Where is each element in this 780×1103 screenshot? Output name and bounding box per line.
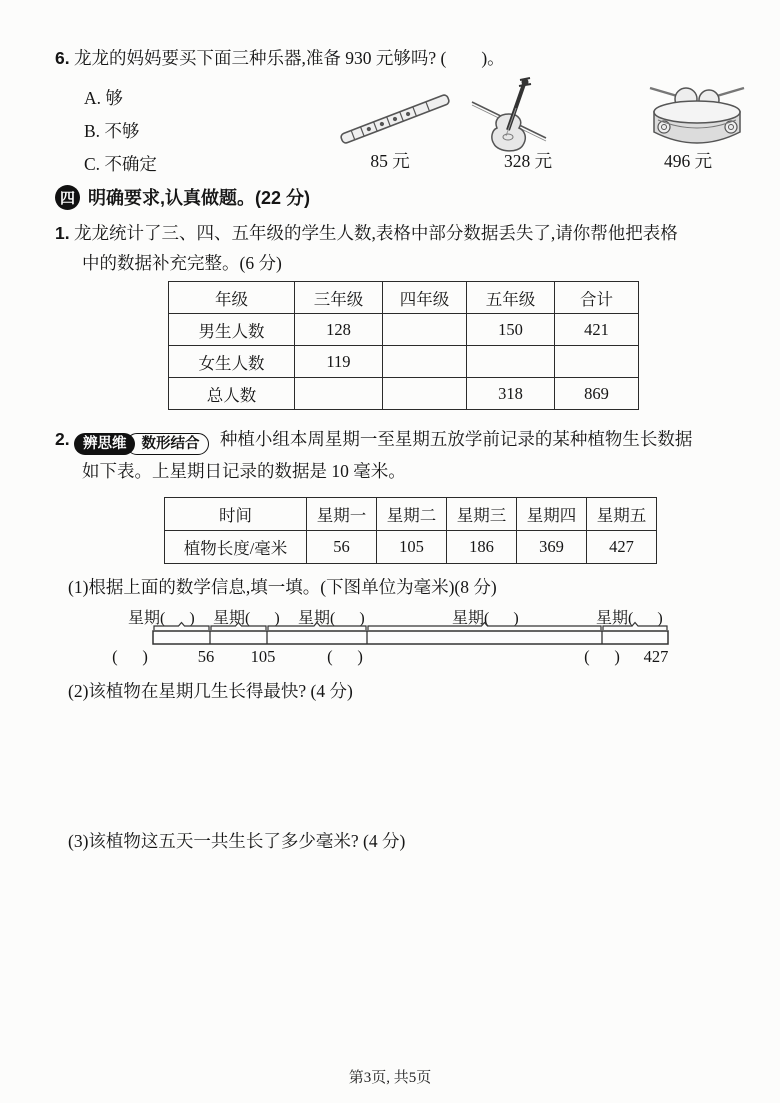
row-label: 女生人数 (169, 346, 295, 378)
header-cell: 星期一 (307, 498, 377, 531)
question-6-text: 龙龙的妈妈要买下面三种乐器,准备 930 元够吗? ( )。 (74, 48, 505, 68)
data-cell-blank (383, 378, 467, 410)
data-cell-blank (383, 346, 467, 378)
item-1-line1: 1. 龙龙统计了三、四、五年级的学生人数,表格中部分数据丢失了,请你帮他把表格 (55, 223, 678, 245)
item-2-text1: 种植小组本周星期一至星期五放学前记录的某种植物生长数据 (220, 429, 693, 449)
value-label-mon: 56 (198, 647, 215, 667)
data-cell-blank (383, 314, 467, 346)
header-cell: 星期三 (447, 498, 517, 531)
row-label: 总人数 (169, 378, 295, 410)
data-cell: 150 (467, 314, 555, 346)
data-cell: 119 (295, 346, 383, 378)
item-2-number: 2. (55, 429, 70, 449)
option-c: C. 不确定 (84, 154, 157, 176)
item-1-number: 1. (55, 223, 70, 243)
worksheet-page: 6. 龙龙的妈妈要买下面三种乐器,准备 930 元够吗? ( )。 A. 够 B… (0, 0, 780, 1103)
header-cell: 三年级 (295, 282, 383, 314)
item-2-line1: 2. 辨思维 数形结合 种植小组本周星期一至星期五放学前记录的某种植物生长数据 (55, 429, 692, 455)
option-a: A. 够 (84, 88, 123, 110)
section-title: 明确要求,认真做题。(22 分) (88, 184, 310, 210)
option-c-text: 不确定 (104, 154, 157, 174)
data-cell-blank (467, 346, 555, 378)
header-cell: 星期五 (587, 498, 657, 531)
option-a-text: 够 (105, 88, 123, 108)
data-cell: 186 (447, 531, 517, 564)
header-cell: 四年级 (383, 282, 467, 314)
option-a-label: A. (84, 88, 101, 108)
header-cell: 星期四 (517, 498, 587, 531)
data-cell: 369 (517, 531, 587, 564)
page-number-footer: 第3页, 共5页 (0, 1066, 780, 1087)
sub-question-2: (2)该植物在星期几生长得最快? (4 分) (68, 681, 353, 703)
row-label: 植物长度/毫米 (165, 531, 307, 564)
option-b-label: B. (84, 121, 100, 141)
question-6-number: 6. (55, 48, 70, 68)
option-b-text: 不够 (104, 121, 139, 141)
option-b: B. 不够 (84, 121, 139, 143)
flute-image (330, 88, 460, 150)
value-label-tue: 105 (251, 647, 276, 667)
growth-bar-diagram: 星期( ) 星期( ) 星期( ) 星期( ) 星期( ) ( ) 56 105… (0, 603, 780, 675)
option-c-label: C. (84, 154, 100, 174)
data-cell: 427 (587, 531, 657, 564)
value-label-start: ( ) (112, 647, 148, 667)
price-violin: 328 元 (483, 151, 573, 173)
sub-question-1: (1)根据上面的数学信息,填一填。(下图单位为毫米)(8 分) (68, 577, 497, 599)
item-2-line2: 如下表。上星期日记录的数据是 10 毫米。 (82, 461, 406, 483)
item-1-line2: 中的数据补充完整。(6 分) (82, 253, 282, 275)
data-cell: 318 (467, 378, 555, 410)
section-4-header: 四 明确要求,认真做题。(22 分) (55, 184, 310, 210)
table-row: 植物长度/毫米 56 105 186 369 427 (165, 531, 657, 564)
header-cell: 年级 (169, 282, 295, 314)
question-6: 6. 龙龙的妈妈要买下面三种乐器,准备 930 元够吗? ( )。 (55, 48, 505, 70)
data-cell-blank (555, 346, 639, 378)
header-cell: 时间 (165, 498, 307, 531)
thinking-skill-badge: 辨思维 (74, 433, 136, 455)
table-row: 女生人数 119 (169, 346, 639, 378)
violin-image (462, 74, 558, 160)
item-2-badges: 辨思维 数形结合 (74, 433, 210, 455)
price-drum: 496 元 (643, 151, 733, 173)
plant-growth-table: 时间 星期一 星期二 星期三 星期四 星期五 植物长度/毫米 56 105 18… (164, 497, 657, 564)
sub-question-3: (3)该植物这五天一共生长了多少毫米? (4 分) (68, 831, 405, 853)
table-row: 男生人数 128 150 421 (169, 314, 639, 346)
table-row: 年级 三年级 四年级 五年级 合计 (169, 282, 639, 314)
table-row: 时间 星期一 星期二 星期三 星期四 星期五 (165, 498, 657, 531)
number-shape-badge: 数形结合 (126, 433, 209, 455)
table-row: 总人数 318 869 (169, 378, 639, 410)
header-cell: 星期二 (377, 498, 447, 531)
header-cell: 五年级 (467, 282, 555, 314)
value-label-wed: ( ) (327, 647, 363, 667)
item-1-text1: 龙龙统计了三、四、五年级的学生人数,表格中部分数据丢失了,请你帮他把表格 (74, 223, 678, 243)
grade-count-table: 年级 三年级 四年级 五年级 合计 男生人数 128 150 421 女生人数 … (168, 281, 639, 410)
row-label: 男生人数 (169, 314, 295, 346)
value-label-thu: ( ) (584, 647, 620, 667)
data-cell: 105 (377, 531, 447, 564)
data-cell: 421 (555, 314, 639, 346)
section-number-badge: 四 (55, 185, 80, 210)
value-label-fri: 427 (644, 647, 669, 667)
data-cell: 56 (307, 531, 377, 564)
drum-image (638, 80, 758, 154)
data-cell-blank (295, 378, 383, 410)
data-cell: 869 (555, 378, 639, 410)
data-cell: 128 (295, 314, 383, 346)
header-cell: 合计 (555, 282, 639, 314)
price-flute: 85 元 (345, 151, 435, 173)
